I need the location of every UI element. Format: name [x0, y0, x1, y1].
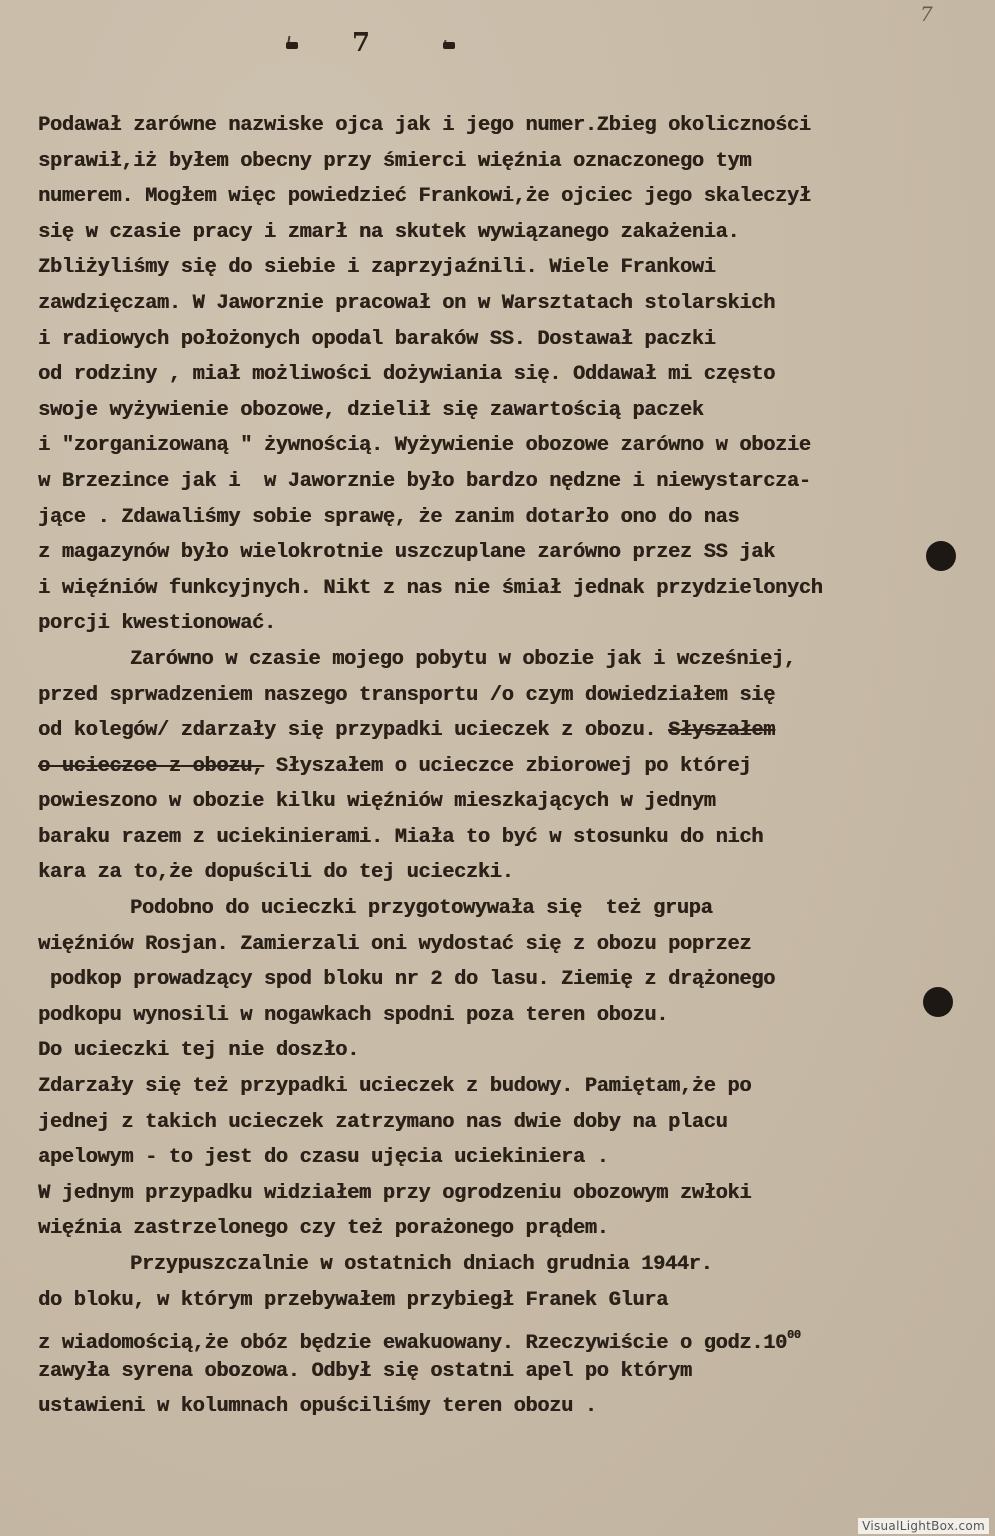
- handwritten-page-annotation: 7: [920, 2, 933, 26]
- line-text: Przypuszczalnie w ostatnich dniach grudn…: [130, 1253, 712, 1276]
- text-line: jące . Zdawaliśmy sobie sprawę, że zanim…: [38, 500, 978, 536]
- text-line: i więźniów funkcyjnych. Nikt z nas nie ś…: [38, 571, 978, 607]
- line-text: baraku razem z uciekinierami. Miała to b…: [38, 826, 763, 849]
- text-line: podkop prowadzący spod bloku nr 2 do las…: [38, 962, 978, 998]
- text-line: powieszono w obozie kilku więźniów miesz…: [38, 784, 978, 820]
- line-text: sprawił,iż byłem obecny przy śmierci wię…: [38, 150, 751, 173]
- line-text: z wiadomością,że obóz będzie ewakuowany.…: [38, 1332, 787, 1355]
- line-text: ustawieni w kolumnach opuściliśmy teren …: [38, 1395, 597, 1418]
- text-line: więźnia zastrzelonego czy też porażonego…: [38, 1211, 978, 1247]
- line-text: do bloku, w którym przebywałem przybiegł…: [38, 1289, 668, 1312]
- line-text: Zdarzały się też przypadki ucieczek z bu…: [38, 1075, 751, 1098]
- page-number: 7: [352, 28, 370, 58]
- text-line: z wiadomością,że obóz będzie ewakuowany.…: [38, 1318, 978, 1354]
- line-text: Zarówno w czasie mojego pobytu w obozie …: [130, 648, 796, 671]
- text-line: do bloku, w którym przebywałem przybiegł…: [38, 1283, 978, 1319]
- text-line: Podawał zarówne nazwiske ojca jak i jego…: [38, 108, 978, 144]
- text-line: z magazynów było wielokrotnie uszczuplan…: [38, 535, 978, 571]
- superscript-minutes: 00: [787, 1328, 801, 1342]
- line-text: Zbliżyliśmy się do siebie i zaprzyjaźnil…: [38, 256, 716, 279]
- text-line: ustawieni w kolumnach opuściliśmy teren …: [38, 1389, 978, 1425]
- text-line: podkopu wynosili w nogawkach spodni poza…: [38, 998, 978, 1034]
- text-line: swoje wyżywienie obozowe, dzielił się za…: [38, 393, 978, 429]
- text-line: od kolegów/ zdarzały się przypadki uciec…: [38, 713, 978, 749]
- text-line: Podobno do ucieczki przygotowywała się t…: [38, 891, 978, 927]
- struck-text: o ucieczce z obozu,: [38, 755, 264, 778]
- line-text: Do ucieczki tej nie doszło.: [38, 1039, 359, 1062]
- line-text: powieszono w obozie kilku więźniów miesz…: [38, 790, 716, 813]
- text-line: w Brzezince jak i w Jaworznie było bardz…: [38, 464, 978, 500]
- line-text: przed sprwadzeniem naszego transportu /o…: [38, 684, 775, 707]
- line-text: i więźniów funkcyjnych. Nikt z nas nie ś…: [38, 577, 823, 600]
- text-line: zawdzięczam. W Jaworznie pracował on w W…: [38, 286, 978, 322]
- text-line: baraku razem z uciekinierami. Miała to b…: [38, 820, 978, 856]
- text-line: i "zorganizowaną " żywnością. Wyżywienie…: [38, 428, 978, 464]
- line-text: zawyła syrena obozowa. Odbył się ostatni…: [38, 1360, 692, 1383]
- line-text: się w czasie pracy i zmarł na skutek wyw…: [38, 221, 739, 244]
- line-text: Podawał zarówne nazwiske ojca jak i jego…: [38, 114, 811, 137]
- punch-hole: [923, 987, 953, 1017]
- page-number-dash-right: [443, 42, 455, 49]
- text-line: porcji kwestionować.: [38, 606, 978, 642]
- text-line: numerem. Mogłem więc powiedzieć Frankowi…: [38, 179, 978, 215]
- line-text: z magazynów było wielokrotnie uszczuplan…: [38, 541, 775, 564]
- text-line: Zarówno w czasie mojego pobytu w obozie …: [38, 642, 978, 678]
- text-line: Zdarzały się też przypadki ucieczek z bu…: [38, 1069, 978, 1105]
- line-text: zawdzięczam. W Jaworznie pracował on w W…: [38, 292, 775, 315]
- text-line: od rodziny , miał możliwości dożywiania …: [38, 357, 978, 393]
- text-line: Do ucieczki tej nie doszło.: [38, 1033, 978, 1069]
- text-line: kara za to,że dopuścili do tej ucieczki.: [38, 855, 978, 891]
- text-line: Zbliżyliśmy się do siebie i zaprzyjaźnil…: [38, 250, 978, 286]
- watermark: VisualLightBox.com: [858, 1518, 989, 1534]
- line-text: porcji kwestionować.: [38, 612, 276, 635]
- line-text: numerem. Mogłem więc powiedzieć Frankowi…: [38, 185, 811, 208]
- line-text: jące . Zdawaliśmy sobie sprawę, że zanim…: [38, 506, 739, 529]
- text-line: przed sprwadzeniem naszego transportu /o…: [38, 678, 978, 714]
- text-line: apelowym - to jest do czasu ujęcia uciek…: [38, 1140, 978, 1176]
- line-text: kara za to,że dopuścili do tej ucieczki.: [38, 861, 513, 884]
- punch-hole: [926, 541, 956, 571]
- line-text: od kolegów/ zdarzały się przypadki uciec…: [38, 719, 656, 742]
- line-text: W jednym przypadku widziałem przy ogrodz…: [38, 1182, 751, 1205]
- line-text: swoje wyżywienie obozowe, dzielił się za…: [38, 399, 704, 422]
- page-header: 7 7: [0, 24, 995, 64]
- text-line: sprawił,iż byłem obecny przy śmierci wię…: [38, 144, 978, 180]
- text-line: o ucieczce z obozu, Słyszałem o ucieczce…: [38, 749, 978, 785]
- line-text: Słyszałem o ucieczce zbiorowej po której: [264, 755, 751, 778]
- line-text: jednej z takich ucieczek zatrzymano nas …: [38, 1111, 727, 1134]
- text-line: jednej z takich ucieczek zatrzymano nas …: [38, 1105, 978, 1141]
- line-text: podkopu wynosili w nogawkach spodni poza…: [38, 1004, 668, 1027]
- text-line: W jednym przypadku widziałem przy ogrodz…: [38, 1176, 978, 1212]
- text-line: się w czasie pracy i zmarł na skutek wyw…: [38, 215, 978, 251]
- struck-text: Słyszałem: [668, 719, 775, 742]
- text-line: Przypuszczalnie w ostatnich dniach grudn…: [38, 1247, 978, 1283]
- line-text: od rodziny , miał możliwości dożywiania …: [38, 363, 775, 386]
- line-text: i radiowych położonych opodal baraków SS…: [38, 328, 716, 351]
- line-text: więźniów Rosjan. Zamierzali oni wydostać…: [38, 933, 751, 956]
- line-text: Podobno do ucieczki przygotowywała się t…: [130, 897, 712, 920]
- page-number-dash-left: [286, 42, 298, 49]
- line-text: apelowym - to jest do czasu ujęcia uciek…: [38, 1146, 609, 1169]
- line-text: podkop prowadzący spod bloku nr 2 do las…: [38, 968, 775, 991]
- text-line: więźniów Rosjan. Zamierzali oni wydostać…: [38, 927, 978, 963]
- line-text: więźnia zastrzelonego czy też porażonego…: [38, 1217, 609, 1240]
- line-text: w Brzezince jak i w Jaworznie było bardz…: [38, 470, 811, 493]
- text-line: i radiowych położonych opodal baraków SS…: [38, 322, 978, 358]
- text-line: zawyła syrena obozowa. Odbył się ostatni…: [38, 1354, 978, 1390]
- line-text: i "zorganizowaną " żywnością. Wyżywienie…: [38, 434, 811, 457]
- typewritten-body: Podawał zarówne nazwiske ojca jak i jego…: [38, 108, 978, 1425]
